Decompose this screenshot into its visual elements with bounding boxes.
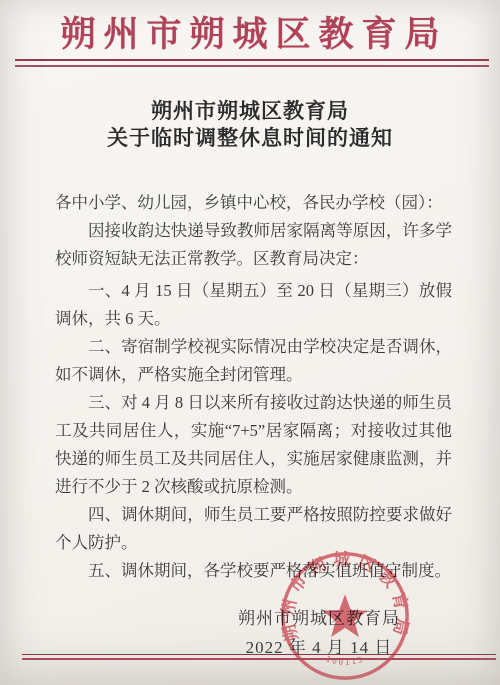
footer-rule bbox=[22, 654, 496, 660]
paragraph-item-3: 三、对 4 月 8 日以来所有接收过韵达快递的师生员工及共同居住人，实施“7+5… bbox=[55, 389, 452, 501]
notice-title-line1: 朔州市朔城区教育局 bbox=[0, 98, 500, 125]
notice-title-line2: 关于临时调整休息时间的通知 bbox=[0, 125, 500, 152]
official-seal-stamp: 朔州市朔城区教育局 100113 bbox=[276, 547, 414, 685]
letterhead-rule bbox=[15, 59, 489, 67]
paragraph-intro: 因接收韵达快递导致教师居家隔离等原因，许多学校师资短缺无法正常教学。区教育局决定… bbox=[55, 217, 452, 273]
document-page: 朔州市朔城区教育局 朔州市朔城区教育局 关于临时调整休息时间的通知 各中小学、幼… bbox=[0, 0, 500, 685]
seal-star bbox=[323, 594, 368, 637]
paragraph-item-2: 二、寄宿制学校视实际情况由学校决定是否调休，如不调休，严格实施全封闭管理。 bbox=[55, 333, 452, 389]
salutation: 各中小学、幼儿园，乡镇中心校，各民办学校（园）： bbox=[55, 189, 452, 217]
paragraph-item-1: 一、4 月 15 日（星期五）至 20 日（星期三）放假调休，共 6 天。 bbox=[55, 277, 452, 333]
notice-body: 各中小学、幼儿园，乡镇中心校，各民办学校（园）： 因接收韵达快递导致教师居家隔离… bbox=[55, 189, 452, 585]
notice-title: 朔州市朔城区教育局 关于临时调整休息时间的通知 bbox=[0, 98, 500, 152]
agency-masthead: 朔州市朔城区教育局 bbox=[0, 7, 500, 57]
